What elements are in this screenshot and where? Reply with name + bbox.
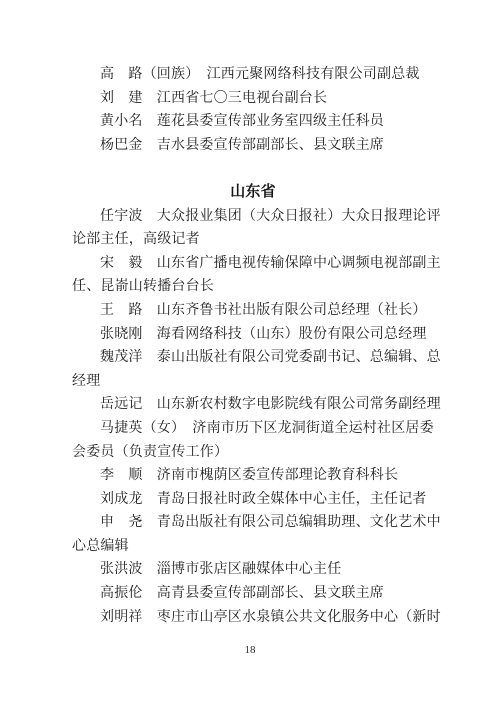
roster-entry-line: 马捷英（女） 济南市历下区龙洞街道全运村社区居委	[72, 416, 434, 440]
page-number: 18	[0, 644, 500, 656]
roster-entry-line: 刘明祥 枣庄市山亭区水泉镇公共文化服务中心（新时	[72, 605, 434, 629]
roster-entry-line: 王 路 山东齐鲁书社出版有限公司总经理（社长）	[72, 298, 434, 322]
roster-entry-line: 申 尧 青岛出版社有限公司总编辑助理、文化艺术中	[72, 510, 434, 534]
roster-entry-line: 高 路（回族） 江西元聚网络科技有限公司副总裁	[72, 62, 434, 86]
roster-entry-line: 李 顺 济南市槐荫区委宣传部理论教育科科长	[72, 463, 434, 487]
blank-line	[72, 156, 434, 180]
roster-entry-line: 岳远记 山东新农村数字电影院线有限公司常务副经理	[72, 392, 434, 416]
roster-entry-line: 刘成龙 青岛日报社时政全媒体中心主任，主任记者	[72, 487, 434, 511]
section-heading-shandong: 山东省	[72, 180, 434, 204]
roster-text-block: 高 路（回族） 江西元聚网络科技有限公司副总裁 刘 建 江西省七〇三电视台副台长…	[72, 62, 434, 628]
roster-entry-line: 魏茂洋 泰山出版社有限公司党委副书记、总编辑、总	[72, 345, 434, 369]
roster-entry-continuation-line: 经理	[72, 369, 434, 393]
roster-entry-line: 张晓刚 海看网络科技（山东）股份有限公司总经理	[72, 322, 434, 346]
roster-entry-line: 杨巴金 吉水县委宣传部副部长、县文联主席	[72, 133, 434, 157]
roster-entry-line: 任宇波 大众报业集团（大众日报社）大众日报理论评	[72, 204, 434, 228]
roster-entry-line: 高振伦 高青县委宣传部副部长、县文联主席	[72, 581, 434, 605]
roster-entry-line: 张洪波 淄博市张店区融媒体中心主任	[72, 557, 434, 581]
roster-entry-continuation-line: 论部主任，高级记者	[72, 227, 434, 251]
roster-entry-continuation-line: 会委员（负责宣传工作）	[72, 440, 434, 464]
roster-entry-line: 宋 毅 山东省广播电视传输保障中心调频电视部副主	[72, 251, 434, 275]
roster-entry-continuation-line: 心总编辑	[72, 534, 434, 558]
document-page: 高 路（回族） 江西元聚网络科技有限公司副总裁 刘 建 江西省七〇三电视台副台长…	[0, 0, 500, 706]
roster-entry-continuation-line: 任、昆嵛山转播台台长	[72, 274, 434, 298]
roster-entry-line: 黄小名 莲花县委宣传部业务室四级主任科员	[72, 109, 434, 133]
roster-entry-line: 刘 建 江西省七〇三电视台副台长	[72, 86, 434, 110]
